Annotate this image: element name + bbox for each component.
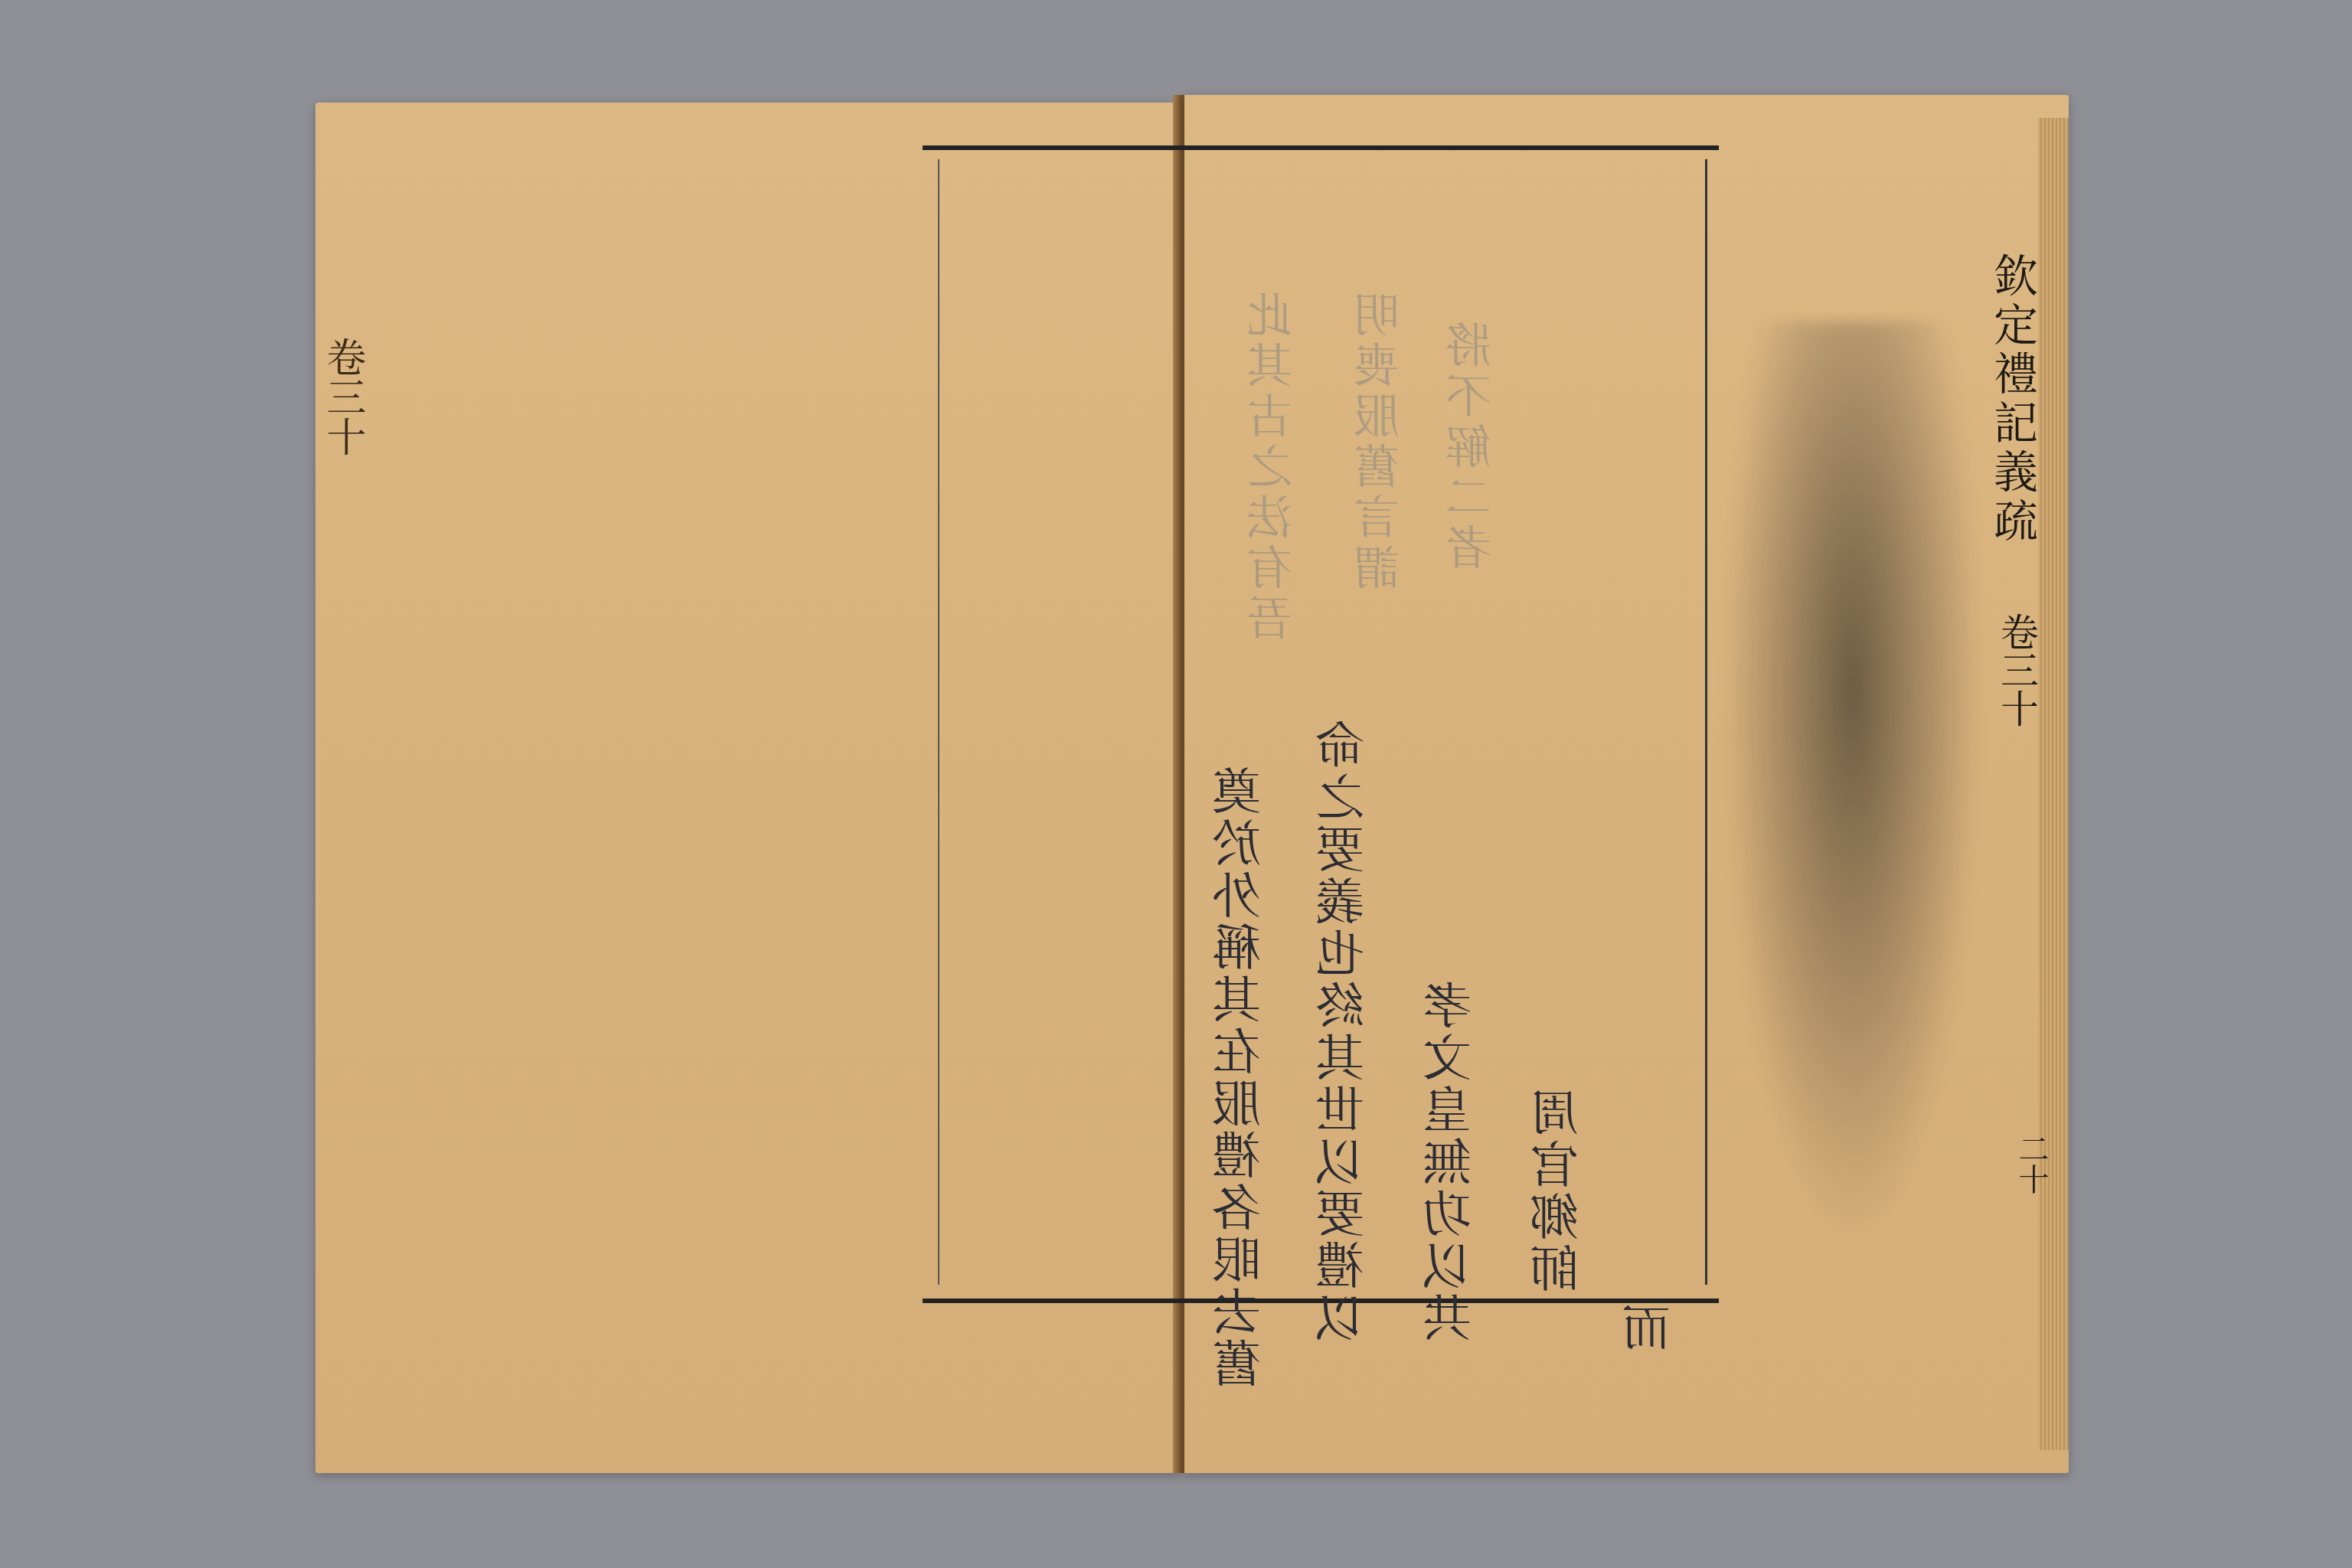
mirrored-text-column: 周官鄉師 xyxy=(1524,1087,1594,1295)
left-edge-label: 卷三十 xyxy=(314,337,371,456)
mirrored-text-column: 命之要義也終其世以要禮以 xyxy=(1309,720,1380,1344)
mirrored-text-column: 孝文皇無功以共 xyxy=(1416,980,1487,1344)
ghost-text-column: 明喪服舊言謂 xyxy=(1347,291,1413,594)
book-title: 欽定禮記義疏 xyxy=(1991,253,2044,547)
ink-smudge xyxy=(1723,322,1983,1240)
ghost-text-column: 將不解二者 xyxy=(1439,322,1505,574)
ghost-text-column: 此其古之法有吾 xyxy=(1240,291,1306,645)
mirrored-text-column: 奠於外稱其在服禮各眼去舊 xyxy=(1206,766,1276,1390)
mirrored-text-column: 而 xyxy=(1615,1302,1686,1354)
page-number: 二十 xyxy=(2010,1133,2053,1194)
volume-label: 卷三十 xyxy=(1998,612,2044,727)
